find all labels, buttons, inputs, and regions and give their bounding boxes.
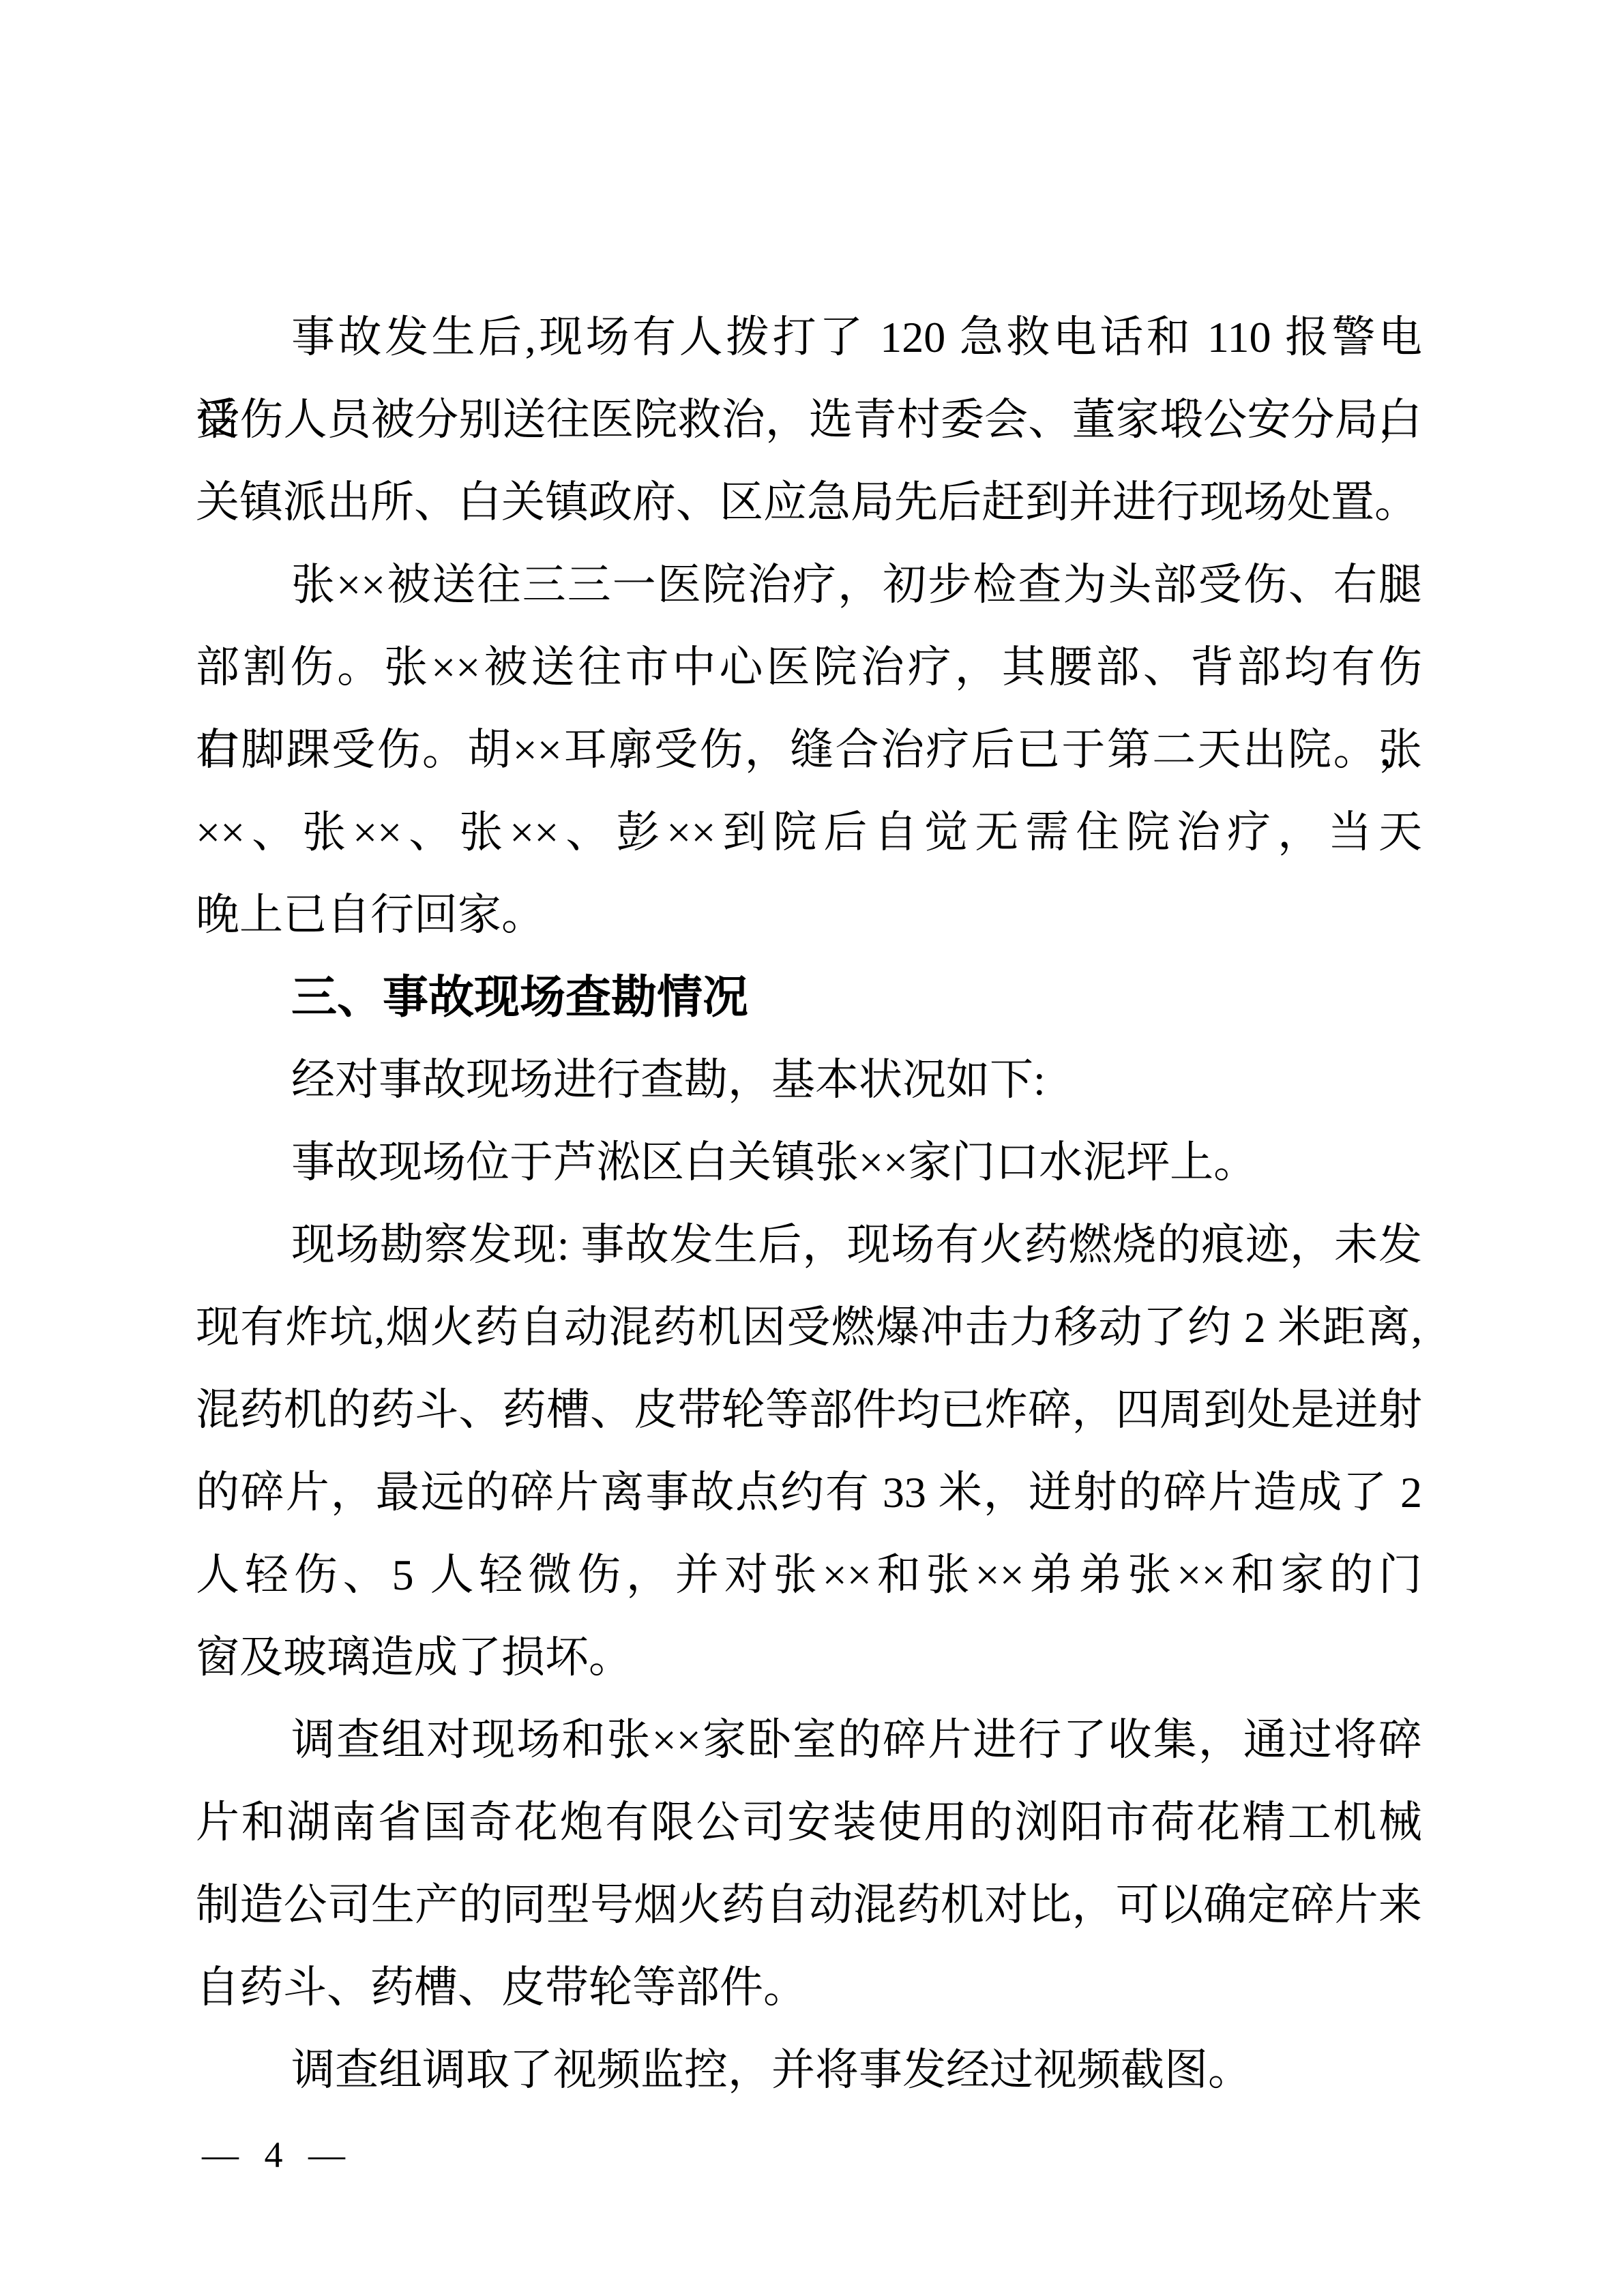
body-line: ××、张××、张××、彭××到院后自觉无需住院治疗，当天 [196, 791, 1422, 874]
body-line: 部割伤。张××被送往市中心医院治疗，其腰部、背部均有伤口， [196, 626, 1422, 709]
body-line: 右脚踝受伤。胡××耳廓受伤，缝合治疗后已于第二天出院。张 [196, 709, 1422, 791]
body-line: 制造公司生产的同型号烟火药自动混药机对比，可以确定碎片来 [196, 1864, 1422, 1946]
body-line: 事故现场位于芦淞区白关镇张××家门口水泥坪上。 [196, 1121, 1422, 1204]
body-line: 经对事故现场进行查勘，基本状况如下: [196, 1039, 1422, 1121]
body-line: 晚上已自行回家。 [196, 874, 1422, 956]
document-page: 事故发生后,现场有人拨打了 120 急救电话和 110 报警电话， 受伤人员被分… [0, 0, 1624, 2296]
body-line: 现有炸坑,烟火药自动混药机因受燃爆冲击力移动了约 2 米距离, [196, 1286, 1422, 1369]
body-line: 张××被送往三三一医院治疗，初步检查为头部受伤、右腿 [196, 543, 1422, 626]
body-line: 调查组调取了视频监控，并将事发经过视频截图。 [196, 2029, 1422, 2111]
body-line: 的碎片，最远的碎片离事故点约有 33 米，迸射的碎片造成了 2 [196, 1451, 1422, 1534]
document-body: 事故发生后,现场有人拨打了 120 急救电话和 110 报警电话， 受伤人员被分… [196, 296, 1422, 2111]
body-line: 调查组对现场和张××家卧室的碎片进行了收集，通过将碎 [196, 1699, 1422, 1781]
body-line: 事故发生后,现场有人拨打了 120 急救电话和 110 报警电话， [196, 296, 1422, 378]
body-line: 窗及玻璃造成了损坏。 [196, 1616, 1422, 1699]
body-line: 现场勘察发现: 事故发生后，现场有火药燃烧的痕迹，未发 [196, 1204, 1422, 1286]
body-line: 人轻伤、5 人轻微伤，并对张××和张××弟弟张××和家的门 [196, 1534, 1422, 1616]
body-line: 受伤人员被分别送往医院救治，选青村委会、董家塅公安分局白 [196, 378, 1422, 461]
body-line: 片和湖南省国奇花炮有限公司安装使用的浏阳市荷花精工机械 [196, 1781, 1422, 1864]
body-line: 关镇派出所、白关镇政府、区应急局先后赶到并进行现场处置。 [196, 461, 1422, 543]
section-heading: 三、事故现场查勘情况 [196, 956, 1422, 1039]
page-number: — 4 — [202, 2133, 346, 2177]
body-line: 自药斗、药槽、皮带轮等部件。 [196, 1946, 1422, 2029]
body-line: 混药机的药斗、药槽、皮带轮等部件均已炸碎，四周到处是迸射 [196, 1369, 1422, 1451]
